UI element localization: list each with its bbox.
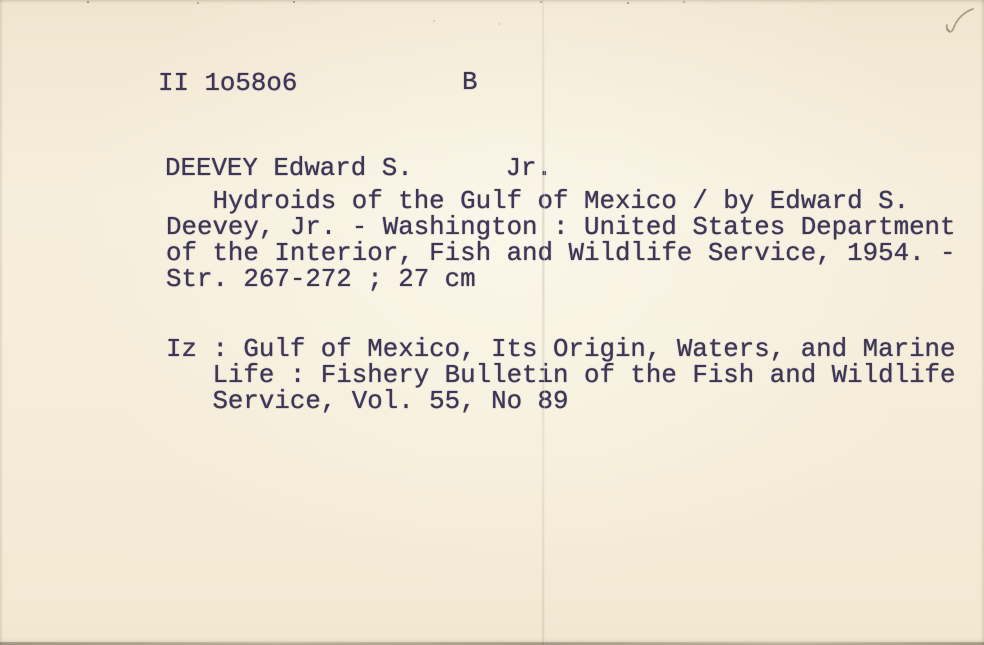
pencil-checkmark-icon (940, 6, 980, 40)
section-letter: B (462, 70, 477, 96)
main-entry-heading: DEEVEY Edward S. Jr. (165, 156, 552, 182)
description-line: Str. 267-272 ; 27 cm (166, 267, 956, 293)
scan-artifacts (0, 0, 2, 2)
note-line: Service, Vol. 55, No 89 (166, 389, 956, 415)
note-line: Iz : Gulf of Mexico, Its Origin, Waters,… (166, 337, 956, 363)
source-note-paragraph: Iz : Gulf of Mexico, Its Origin, Waters,… (166, 337, 956, 415)
paper-crease (542, 0, 545, 645)
call-number: II 1o58o6 (158, 71, 297, 97)
catalog-card: II 1o58o6 B DEEVEY Edward S. Jr. Hydroid… (0, 0, 984, 645)
description-line: Hydroids of the Gulf of Mexico / by Edwa… (166, 189, 956, 215)
note-line: Life : Fishery Bulletin of the Fish and … (166, 363, 956, 389)
description-paragraph: Hydroids of the Gulf of Mexico / by Edwa… (166, 189, 956, 293)
description-line: Deevey, Jr. - Washington : United States… (166, 215, 956, 241)
description-line: of the Interior, Fish and Wildlife Servi… (166, 241, 956, 267)
